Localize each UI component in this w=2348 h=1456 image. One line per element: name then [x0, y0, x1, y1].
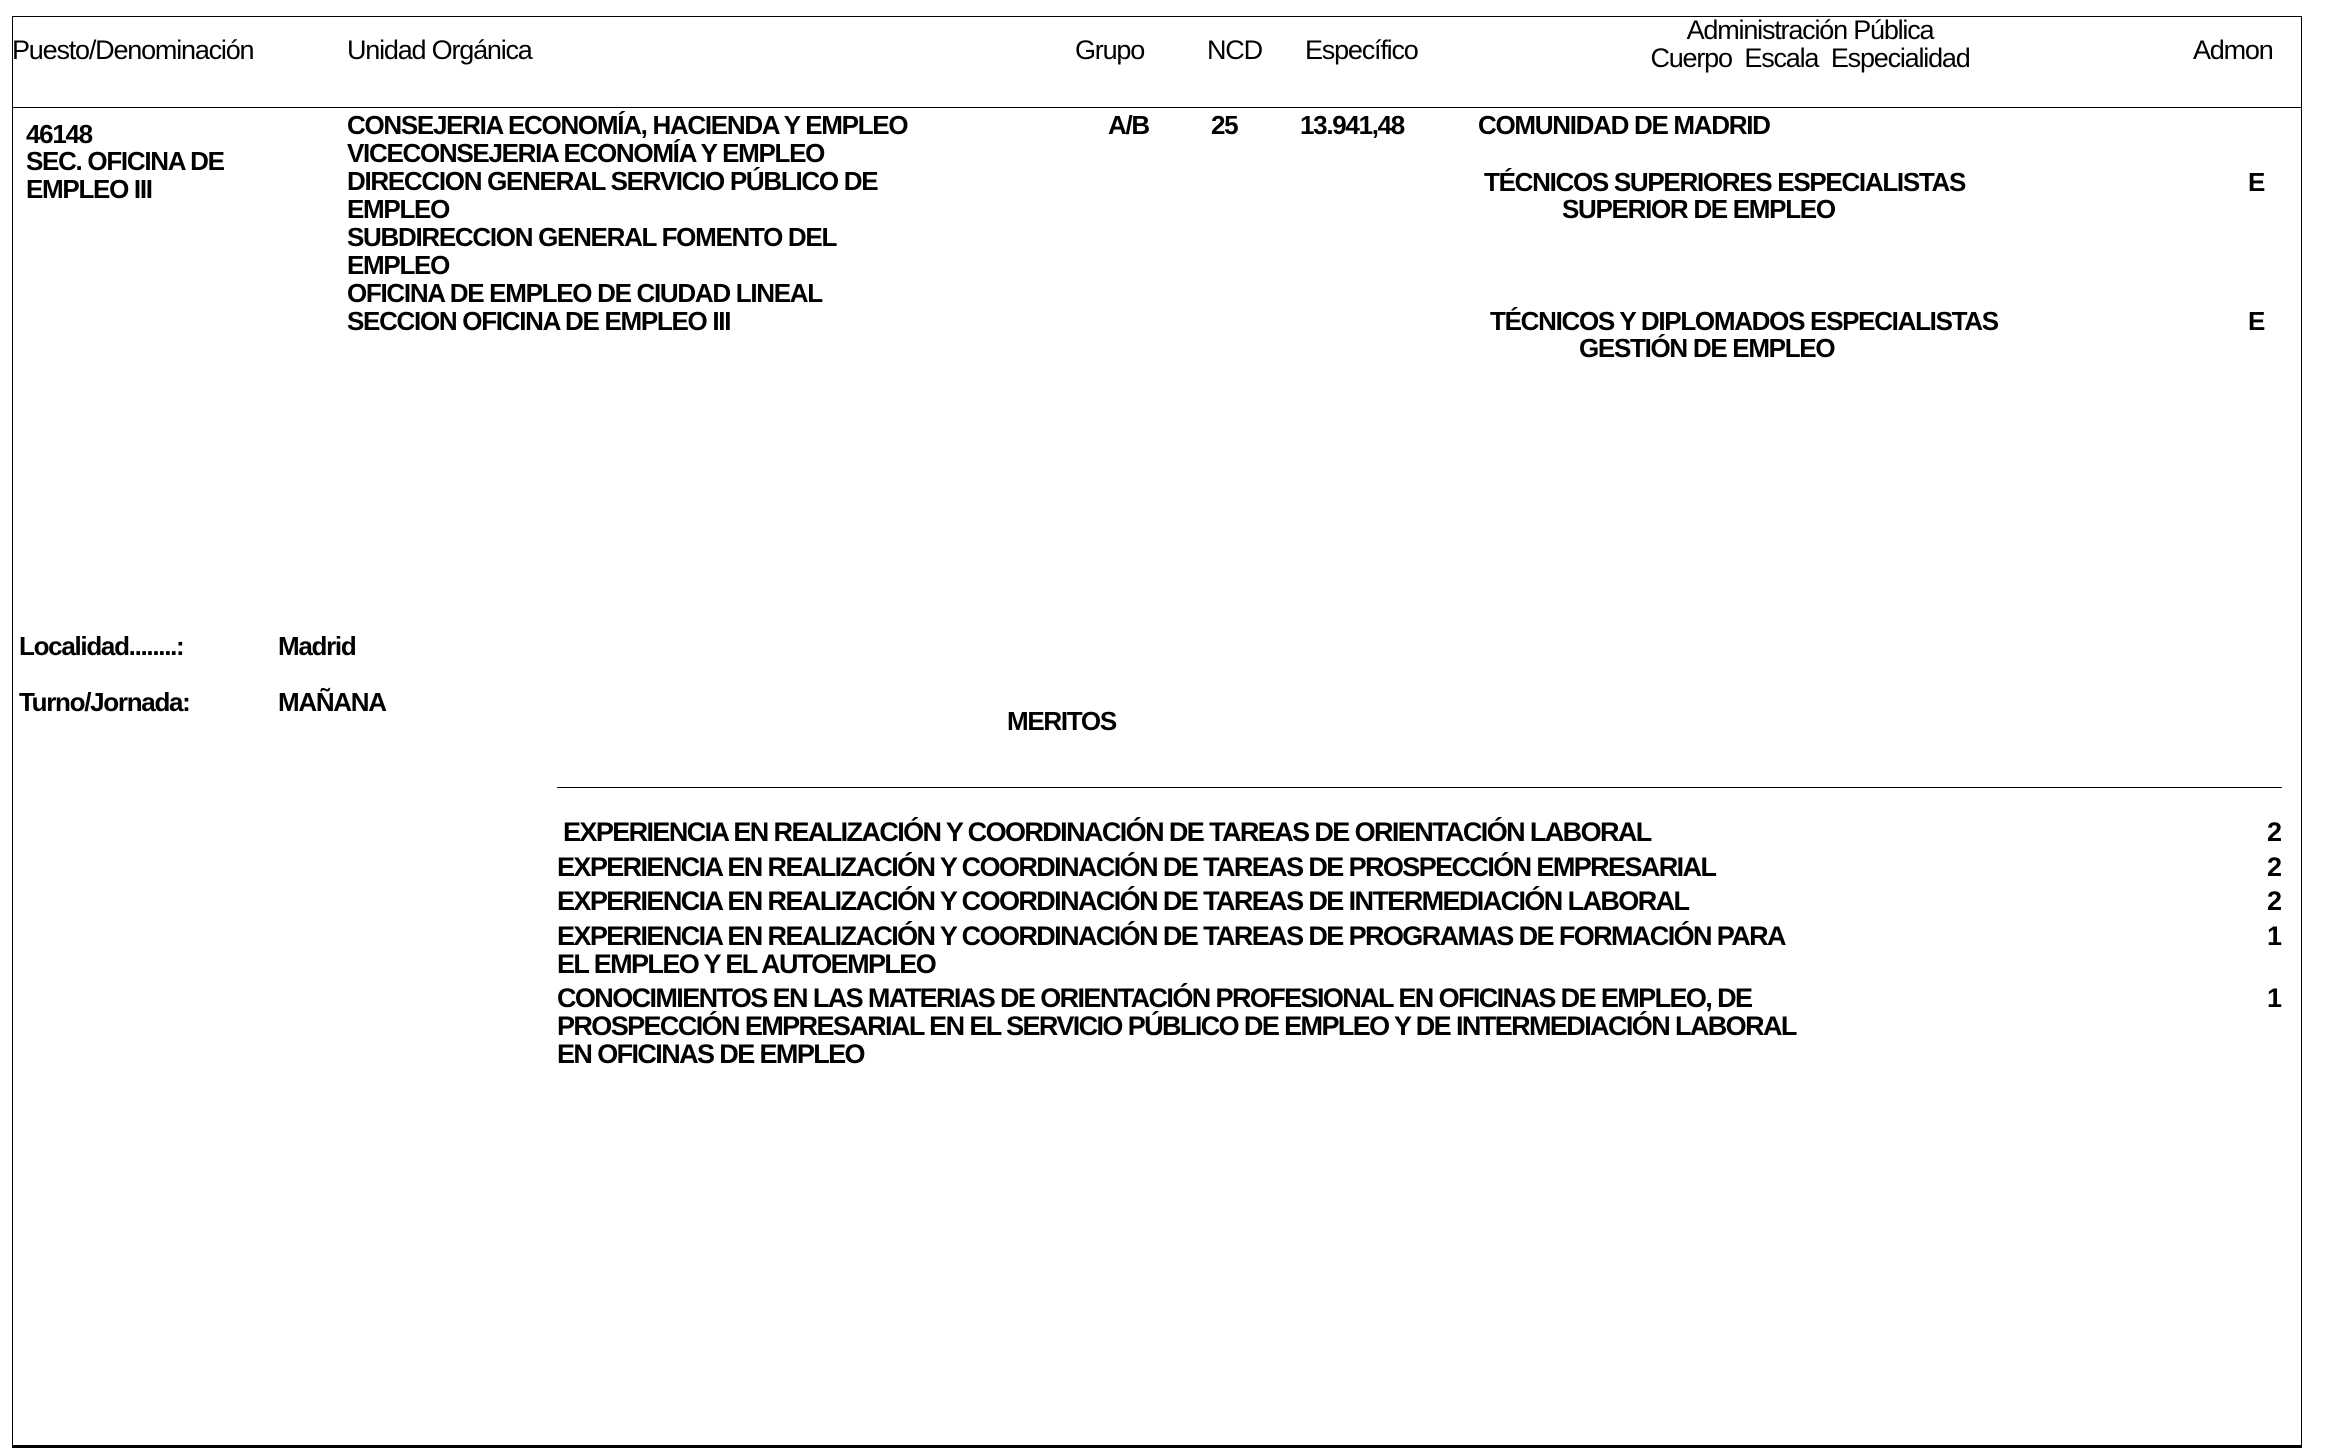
- merito-text: PROSPECCIÓN EMPRESARIAL EN EL SERVICIO P…: [557, 1012, 1796, 1040]
- merito-text: EXPERIENCIA EN REALIZACIÓN Y COORDINACIÓ…: [557, 853, 1715, 881]
- meritos-title: MERITOS: [1007, 707, 1116, 735]
- turno-label: Turno/Jornada:: [19, 688, 190, 716]
- header-admin-line2: Cuerpo Escala Especialidad: [1560, 44, 2060, 72]
- header-separator: [12, 107, 2302, 108]
- administracion-value: COMUNIDAD DE MADRID: [1478, 111, 1770, 139]
- merito-points: 2: [2252, 818, 2282, 846]
- header-especifico: Específico: [1305, 36, 1418, 64]
- header-unidad: Unidad Orgánica: [347, 36, 532, 64]
- escala-2: GESTIÓN DE EMPLEO: [1579, 334, 1834, 362]
- puesto-denominacion-2: EMPLEO III: [26, 175, 152, 203]
- ncd-value: 25: [1211, 111, 1237, 139]
- merito-points: 1: [2252, 984, 2282, 1012]
- merito-points: 2: [2252, 887, 2282, 915]
- merito-text: EXPERIENCIA EN REALIZACIÓN Y COORDINACIÓ…: [557, 887, 1688, 915]
- localidad-value: Madrid: [278, 632, 355, 660]
- merito-text: CONOCIMIENTOS EN LAS MATERIAS DE ORIENTA…: [557, 984, 1751, 1012]
- puesto-codigo: 46148: [26, 120, 92, 148]
- localidad-label: Localidad........:: [19, 632, 183, 660]
- turno-value: MAÑANA: [278, 688, 386, 716]
- admon-2: E: [2248, 307, 2264, 335]
- merito-text: EN OFICINAS DE EMPLEO: [557, 1040, 864, 1068]
- meritos-separator: [557, 787, 2282, 788]
- header-puesto: Puesto/Denominación: [12, 36, 253, 64]
- cuerpo-1: TÉCNICOS SUPERIORES ESPECIALISTAS: [1484, 168, 1965, 196]
- grupo-value: A/B: [1108, 111, 1149, 139]
- unidad-organica-line: SECCION OFICINA DE EMPLEO III: [347, 307, 730, 335]
- puesto-denominacion-1: SEC. OFICINA DE: [26, 147, 224, 175]
- header-admon: Admon: [2193, 36, 2273, 64]
- unidad-organica-line: OFICINA DE EMPLEO DE CIUDAD LINEAL: [347, 279, 822, 307]
- unidad-organica-line: EMPLEO: [347, 251, 449, 279]
- unidad-organica-line: VICECONSEJERIA ECONOMÍA Y EMPLEO: [347, 139, 824, 167]
- unidad-organica-line: CONSEJERIA ECONOMÍA, HACIENDA Y EMPLEO: [347, 111, 907, 139]
- merito-text: EXPERIENCIA EN REALIZACIÓN Y COORDINACIÓ…: [563, 818, 1651, 846]
- header-admin-line1: Administración Pública: [1560, 16, 2060, 44]
- merito-points: 2: [2252, 853, 2282, 881]
- merito-text: EL EMPLEO Y EL AUTOEMPLEO: [557, 950, 935, 978]
- unidad-organica-line: EMPLEO: [347, 195, 449, 223]
- cuerpo-2: TÉCNICOS Y DIPLOMADOS ESPECIALISTAS: [1490, 307, 1998, 335]
- unidad-organica-line: DIRECCION GENERAL SERVICIO PÚBLICO DE: [347, 167, 877, 195]
- header-ncd: NCD: [1207, 36, 1262, 64]
- escala-1: SUPERIOR DE EMPLEO: [1562, 195, 1835, 223]
- merito-text: EXPERIENCIA EN REALIZACIÓN Y COORDINACIÓ…: [557, 922, 1785, 950]
- admon-1: E: [2248, 168, 2264, 196]
- especifico-value: 13.941,48: [1300, 111, 1404, 139]
- unidad-organica-line: SUBDIRECCION GENERAL FOMENTO DEL: [347, 223, 836, 251]
- merito-points: 1: [2252, 922, 2282, 950]
- header-grupo: Grupo: [1075, 36, 1144, 64]
